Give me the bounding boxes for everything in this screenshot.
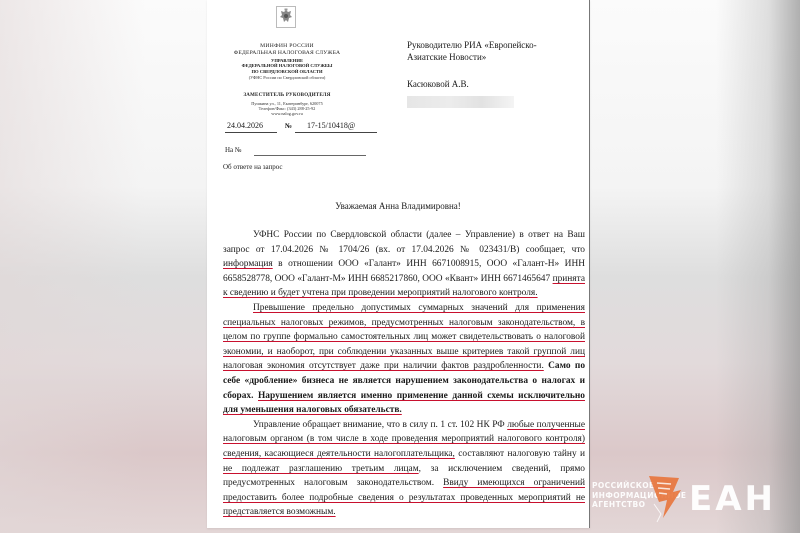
addressee-line: Азиатские Новости» xyxy=(407,51,587,63)
signatory-title: ЗАМЕСТИТЕЛЬ РУКОВОДИТЕЛЯ xyxy=(207,93,367,98)
letter-subject: Об ответе на запрос xyxy=(223,163,283,171)
bold-highlight: Нарушением является именно применение да… xyxy=(223,391,585,416)
highlight: Превышение предельно допустимых суммарны… xyxy=(223,303,585,371)
background-left xyxy=(0,0,207,533)
russian-coat-of-arms-icon xyxy=(276,6,296,28)
lightning-document-icon xyxy=(645,474,687,524)
service-name: ФЕДЕРАЛЬНАЯ НАЛОГОВАЯ СЛУЖБА xyxy=(207,50,367,56)
registration-number: 17-15/10418@ xyxy=(307,121,355,130)
reply-to-label: На № xyxy=(225,146,242,154)
contact-block: Пушкина ул., 11, Екатеринбург, 620075 Те… xyxy=(207,101,367,117)
regnum-underline xyxy=(295,132,377,133)
watermark-brand: ЕАН xyxy=(689,480,776,518)
paragraph-1: УФНС России по Свердловской области (дал… xyxy=(223,228,585,301)
highlight: не подлежат разглашению третьим лицам xyxy=(223,464,419,474)
highlight: информация xyxy=(223,259,273,269)
number-sign: № xyxy=(285,122,292,130)
letter-date: 24.04.2026 xyxy=(227,121,263,130)
addressee: Руководителю РИА «Европейско- Азиатские … xyxy=(407,39,587,63)
website: www.nalog.gov.ru xyxy=(207,111,367,116)
department-name: УПРАВЛЕНИЕ ФЕДЕРАЛЬНОЙ НАЛОГОВОЙ СЛУЖБЫ … xyxy=(207,58,367,74)
paragraph-2: Превышение предельно допустимых суммарны… xyxy=(223,301,585,418)
ean-watermark: РОССИЙСКОЕ ИНФОРМАЦИОННОЕ АГЕНТСТВО ЕАН xyxy=(592,478,792,528)
letter-page: МИНФИН РОССИИ ФЕДЕРАЛЬНАЯ НАЛОГОВАЯ СЛУЖ… xyxy=(207,0,590,528)
addressee-line: Руководителю РИА «Европейско- xyxy=(407,39,587,51)
department-line: ПО СВЕРДЛОВСКОЙ ОБЛАСТИ xyxy=(207,69,367,74)
department-short: (УФНС России по Свердловской области) xyxy=(207,75,367,80)
reply-to-line xyxy=(254,155,366,156)
letter-body: УФНС России по Свердловской области (дал… xyxy=(223,228,585,520)
background-right xyxy=(590,0,800,533)
salutation: Уважаемая Анна Владимировна! xyxy=(207,201,589,211)
redacted-block xyxy=(407,96,514,108)
date-underline xyxy=(225,132,277,133)
ministry-name: МИНФИН РОССИИ xyxy=(207,43,367,49)
paragraph-3: Управление обращает внимание, что в силу… xyxy=(223,418,585,520)
addressee-name: Касюковой А.В. xyxy=(407,79,469,89)
